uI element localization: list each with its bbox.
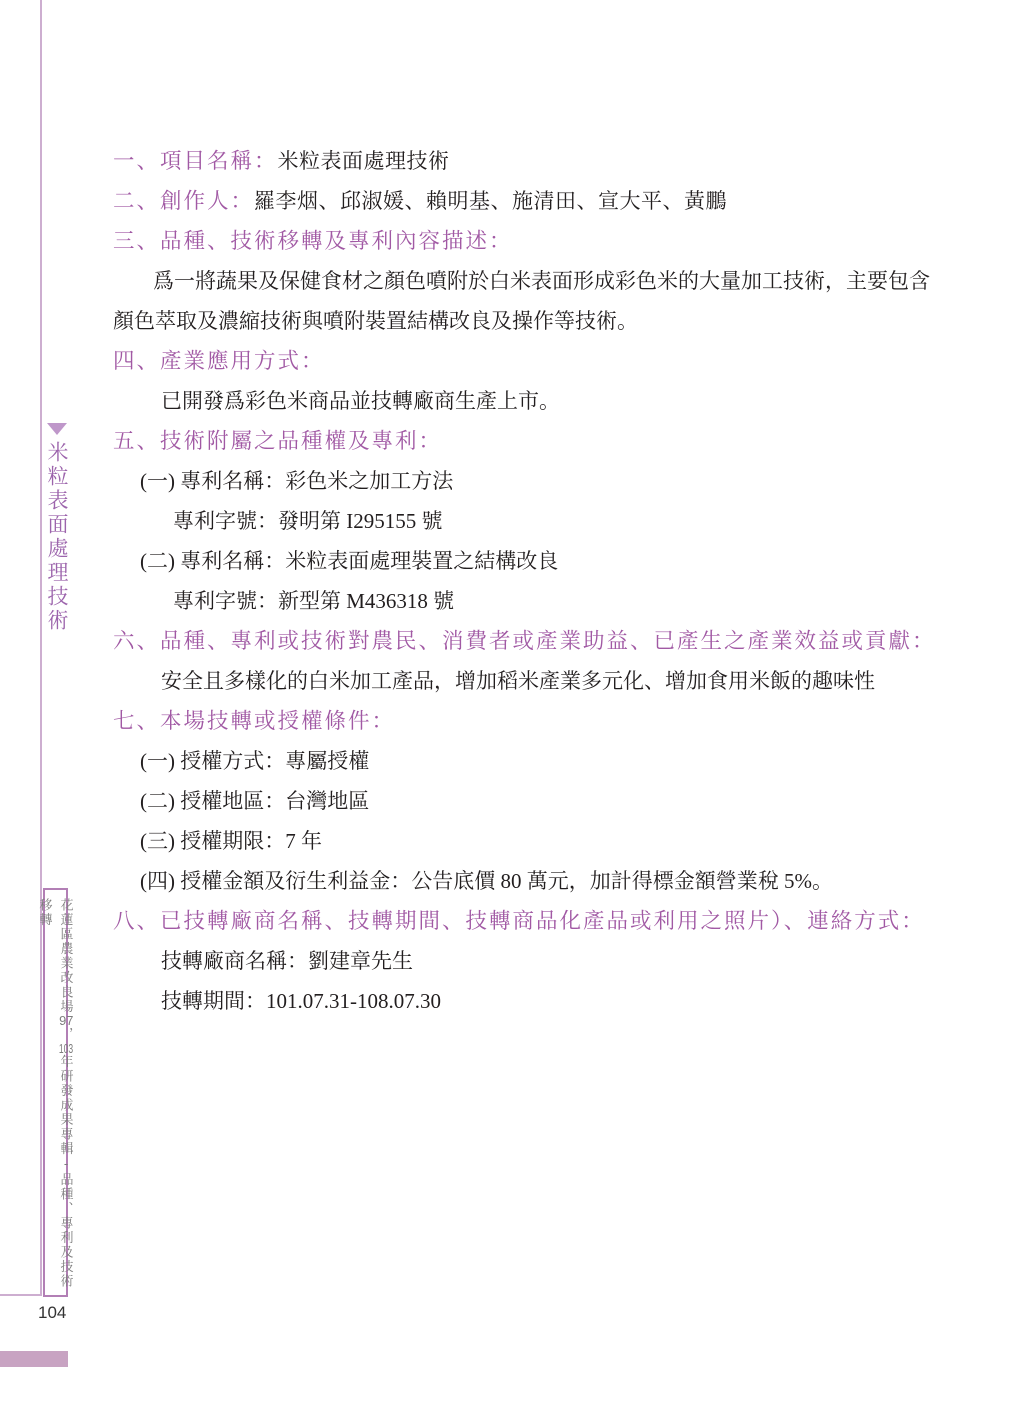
section-heading: 四、產業應用方式：: [113, 341, 931, 381]
bottom-corner-bar: [0, 1351, 68, 1367]
caption-part: 花蓮區農業改良場: [59, 898, 74, 1014]
caption-part: ，: [59, 1027, 74, 1042]
caption-part: 97: [59, 1014, 74, 1027]
section-heading-label: 四、產業應用方式：: [113, 349, 325, 373]
content-sections: 一、項目名稱：米粒表面處理技術二、創作人：羅李烟、邱淑媛、賴明基、施清田、宣大平…: [113, 141, 931, 1021]
section-line: (三) 授權期限：7 年: [113, 821, 931, 861]
section-line: 專利字號：發明第 I295155 號: [113, 501, 931, 541]
triangle-down-icon: [47, 423, 67, 435]
section-line: 技轉期間：101.07.31-108.07.30: [113, 981, 931, 1021]
section-line: 專利字號：新型第 M436318 號: [113, 581, 931, 621]
section-heading: 三、品種、技術移轉及專利內容描述：: [113, 221, 931, 261]
section-line: 已開發爲彩色米商品並技轉廠商生產上市。: [113, 381, 931, 421]
section-heading-label: 一、項目名稱：: [113, 149, 278, 173]
sidebar-caption-box: 花蓮區農業改良場97，103年研發成果專輯-品種、專利及技術移轉: [43, 888, 68, 1297]
section-heading-label: 三、品種、技術移轉及專利內容描述：: [113, 229, 513, 253]
section-heading: 一、項目名稱：米粒表面處理技術: [113, 141, 931, 181]
section-heading-label: 七、本場技轉或授權條件：: [113, 709, 395, 733]
sidebar-chapter-title: 米粒表面處理技術: [44, 441, 70, 633]
section-heading-label: 二、創作人：: [113, 189, 254, 213]
section-line: 安全且多樣化的白米加工產品，增加稻米產業多元化、增加食用米飯的趣味性: [113, 661, 931, 701]
page-number: 104: [38, 1303, 66, 1323]
section-heading: 七、本場技轉或授權條件：: [113, 701, 931, 741]
section-line: (二) 專利名稱：米粒表面處理裝置之結構改良: [113, 541, 931, 581]
section-heading-label: 八、已技轉廠商名稱、技轉期間、技轉商品化產品或利用之照片）、連絡方式：: [113, 909, 925, 933]
section-inline-value: 米粒表面處理技術: [278, 149, 450, 173]
section-line: (一) 授權方式：專屬授權: [113, 741, 931, 781]
document-page: 米粒表面處理技術 花蓮區農業改良場97，103年研發成果專輯-品種、專利及技術移…: [0, 0, 1024, 1418]
section-line: (四) 授權金額及衍生利益金：公告底價 80 萬元，加計得標金額營業稅 5%。: [113, 861, 931, 901]
section-heading: 二、創作人：羅李烟、邱淑媛、賴明基、施清田、宣大平、黃鵬: [113, 181, 931, 221]
section-line: (二) 授權地區：台灣地區: [113, 781, 931, 821]
section-inline-value: 羅李烟、邱淑媛、賴明基、施清田、宣大平、黃鵬: [254, 189, 727, 213]
section-paragraph: 爲一將蔬果及保健食材之顏色噴附於白米表面形成彩色米的大量加工技術，主要包含顏色萃…: [113, 261, 931, 341]
section-line: (一) 專利名稱：彩色米之加工方法: [113, 461, 931, 501]
caption-part: 103: [59, 1042, 74, 1055]
section-heading-label: 五、技術附屬之品種權及專利：: [113, 429, 442, 453]
section-line: 技轉廠商名稱：劉建章先生: [113, 941, 931, 981]
section-heading: 五、技術附屬之品種權及專利：: [113, 421, 931, 461]
section-heading: 六、品種、專利或技術對農民、消費者或產業助益、已產生之產業效益或貢獻：: [113, 621, 931, 661]
sidebar-caption: 花蓮區農業改良場97，103年研發成果專輯-品種、專利及技術移轉: [35, 898, 77, 1295]
section-heading: 八、已技轉廠商名稱、技轉期間、技轉商品化產品或利用之照片）、連絡方式：: [113, 901, 931, 941]
section-heading-label: 六、品種、專利或技術對農民、消費者或產業助益、已產生之產業效益或貢獻：: [113, 629, 936, 653]
